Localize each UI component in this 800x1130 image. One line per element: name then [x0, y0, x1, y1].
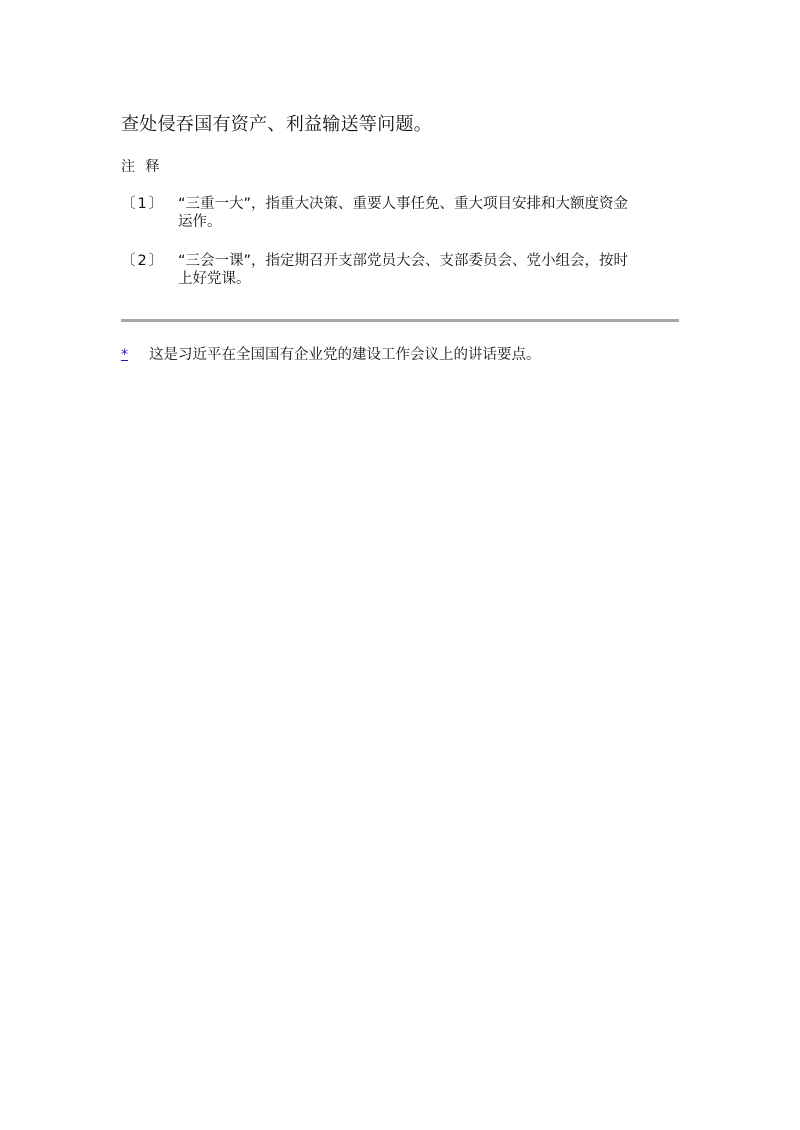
note-text-line: 运作。	[178, 213, 678, 231]
paragraph-text: 查处侵吞国有资产、利益输送等问题。	[121, 113, 432, 137]
document-page: 查处侵吞国有资产、利益输送等问题。 注 释 〔1〕 “三重一大”，指重大决策、重…	[0, 0, 800, 1130]
footnote-divider	[121, 319, 679, 322]
note-text: “三会一课”，指定期召开支部党员大会、支部委员会、党小组会，按时 上好党课。	[178, 252, 678, 288]
note-text-line: “三会一课”，指定期召开支部党员大会、支部委员会、党小组会，按时	[178, 252, 678, 270]
footnote-text: 这是习近平在全国国有企业党的建设工作会议上的讲话要点。	[149, 345, 541, 365]
note-text-line: “三重一大”，指重大决策、重要人事任免、重大项目安排和大额度资金	[178, 195, 678, 213]
notes-heading: 注 释	[121, 157, 162, 177]
note-number: 〔2〕	[121, 252, 171, 270]
note-number: 〔1〕	[121, 195, 171, 213]
note-text-line: 上好党课。	[178, 270, 678, 288]
note-text: “三重一大”，指重大决策、重要人事任免、重大项目安排和大额度资金 运作。	[178, 195, 678, 231]
footnote-link[interactable]: *	[121, 345, 128, 365]
